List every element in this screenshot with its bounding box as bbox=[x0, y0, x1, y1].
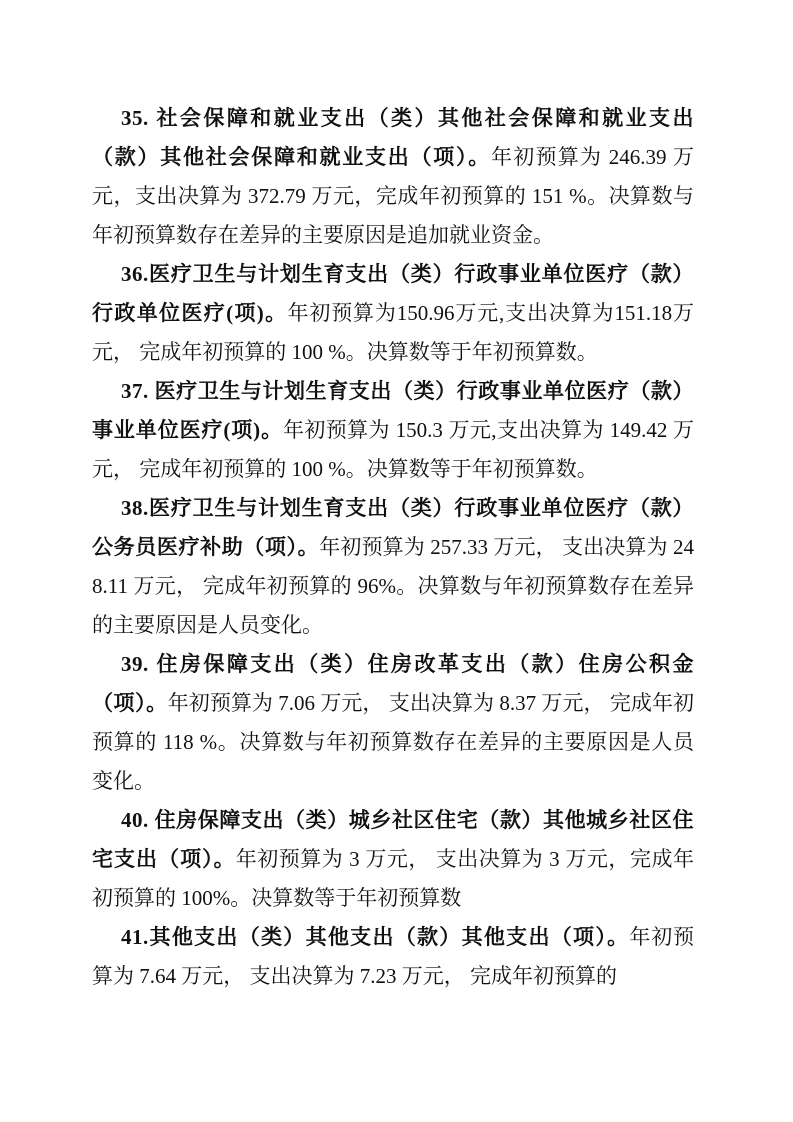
paragraph-37: 37. 医疗卫生与计划生育支出（类）行政事业单位医疗（款）事业单位医疗(项)。年… bbox=[92, 372, 694, 489]
paragraph-41: 41.其他支出（类）其他支出（款）其他支出（项）。年初预算为 7.64 万元， … bbox=[92, 918, 694, 996]
paragraph-41-heading: 41.其他支出（类）其他支出（款）其他支出（项）。 bbox=[121, 925, 629, 949]
paragraph-36: 36.医疗卫生与计划生育支出（类）行政事业单位医疗（款）行政单位医疗(项)。年初… bbox=[92, 255, 694, 372]
document-page: 35. 社会保障和就业支出（类）其他社会保障和就业支出（款）其他社会保障和就业支… bbox=[0, 0, 793, 1122]
paragraph-39: 39. 住房保障支出（类）住房改革支出（款）住房公积金（项）。年初预算为 7.0… bbox=[92, 645, 694, 801]
document-body: 35. 社会保障和就业支出（类）其他社会保障和就业支出（款）其他社会保障和就业支… bbox=[92, 99, 694, 996]
paragraph-38: 38.医疗卫生与计划生育支出（类）行政事业单位医疗（款）公务员医疗补助（项）。年… bbox=[92, 489, 694, 645]
paragraph-40: 40. 住房保障支出（类）城乡社区住宅（款）其他城乡社区住宅支出（项）。年初预算… bbox=[92, 801, 694, 918]
paragraph-39-body: 年初预算为 7.06 万元， 支出决算为 8.37 万元， 完成年初预算的 11… bbox=[92, 691, 694, 793]
paragraph-35: 35. 社会保障和就业支出（类）其他社会保障和就业支出（款）其他社会保障和就业支… bbox=[92, 99, 694, 255]
